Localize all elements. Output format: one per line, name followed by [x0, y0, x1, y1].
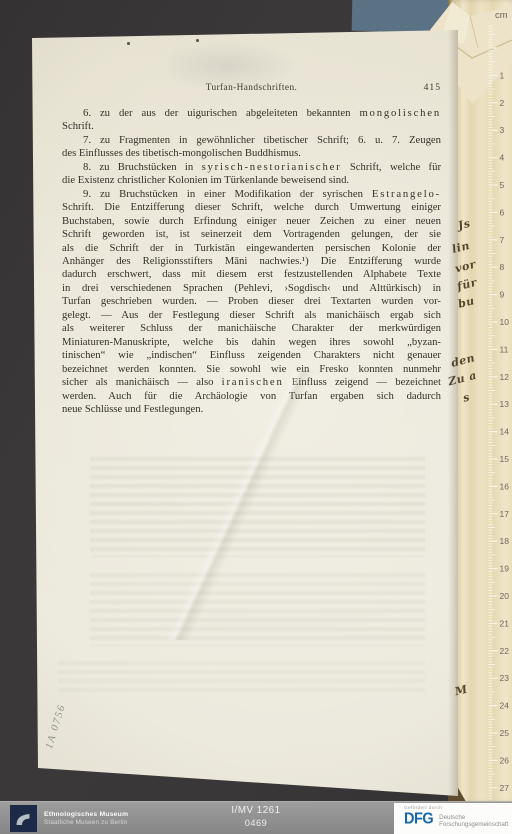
text-line: in drei verschiedenen Sprachen (Pehlevi,…	[62, 282, 441, 295]
ruler-number: 12	[500, 372, 510, 382]
text-line: dadurch erschwert, dass mit diesem erst …	[62, 268, 441, 281]
ruler-number: 8	[500, 262, 505, 272]
cm-ruler: cm12345678910111213141516171819202122232…	[478, 0, 512, 803]
funder-box: Gefördert durch DFG Deutsche Forschungsg…	[394, 803, 512, 834]
text-line: 6. zu der aus der uigurischen abgeleitet…	[62, 107, 441, 120]
ruler-number: 3	[500, 125, 505, 135]
ruler-number: 9	[500, 290, 505, 300]
text-line: die Existenz christlicher Kolonien im Tü…	[62, 174, 441, 187]
shelfmark: I/MV 1261	[100, 805, 412, 816]
ruler-number: 4	[500, 153, 505, 163]
ruler-number: 11	[500, 344, 509, 354]
text-line: des Einflusses des tibetisch-mongolische…	[62, 147, 441, 160]
text-line: gelegt. — Aus der Festlegung dieser Schr…	[62, 309, 441, 322]
ruler-number: 20	[500, 591, 510, 601]
ruler-number: 1	[500, 70, 505, 80]
text-line: Schrift.	[62, 120, 441, 133]
ruler-number: 19	[500, 564, 510, 574]
text-line: als die Schrift der in Turkistān eingewa…	[62, 242, 441, 255]
letterspaced-word: Estrangelo-	[372, 188, 441, 200]
ink-speck	[196, 39, 199, 42]
ruler-number: 13	[500, 399, 510, 409]
text-line: 9. zu Bruchstücken in einer Modifikation…	[62, 188, 441, 201]
ruler-number: 18	[500, 536, 510, 546]
ruler-number: 16	[500, 481, 510, 491]
text-line: Schrift geworden ist, ist seinerzeit dem…	[62, 228, 441, 241]
ruler-number: 25	[500, 728, 510, 738]
ruler-number: 6	[500, 207, 505, 217]
ruler-number: 27	[500, 783, 510, 793]
ruler-number: 2	[500, 98, 505, 108]
funder-name-line2: Forschungsgemeinschaft	[439, 821, 508, 828]
ruler-number: 24	[500, 701, 510, 711]
ruler-number: 7	[500, 235, 505, 245]
text-line: Buchstaben, sowie durch Erfindung einige…	[62, 215, 441, 228]
text-line: Schrift. Die Entzifferung dieser Schrift…	[62, 201, 441, 214]
text-line: Miniaturen-Manuskripte, welche bis dahin…	[62, 336, 441, 349]
ruler-number: 15	[500, 454, 510, 464]
ruler-number: 17	[500, 509, 510, 519]
ruler-number: 5	[500, 180, 505, 190]
scanner-background: Turfan-Handschriften. 415 6. zu der aus …	[0, 0, 512, 834]
bleedthrough-text	[58, 656, 425, 692]
letterspaced-word: mongolischen	[359, 107, 441, 119]
shelfmark-block: I/MV 1261 0469	[100, 805, 412, 828]
text-line: 8. zu Bruchstücken in syrisch-nestoriani…	[62, 161, 441, 174]
funder-name-line1: Deutsche	[439, 814, 508, 821]
paper-crease	[28, 370, 455, 640]
text-line: tinischen“ wie „indischen“ Einfluss zeig…	[62, 349, 441, 362]
ruler-number: 10	[500, 317, 510, 327]
letterspaced-word: syrisch-nestorianischer	[202, 161, 342, 173]
ruler-number: 14	[500, 427, 510, 437]
scanned-page: Turfan-Handschriften. 415 6. zu der aus …	[28, 30, 458, 796]
ruler-number: 26	[500, 755, 510, 765]
ruler-number: 23	[500, 673, 510, 683]
scan-number: 0469	[100, 818, 412, 828]
ruler-number: 22	[500, 646, 510, 656]
ruler-number: 21	[500, 618, 510, 628]
footer-bar: Ethnologisches Museum Staatliche Museen …	[0, 801, 512, 834]
text-line: Turfan geschrieben wurden. — Proben dies…	[62, 295, 441, 308]
text-line: 7. zu Fragmenten in gewöhnlicher tibetis…	[62, 134, 441, 147]
page-number: 415	[62, 82, 441, 93]
page-edge-shadow	[448, 30, 458, 796]
museum-logo-icon	[10, 805, 37, 832]
dfg-logo: DFG	[404, 811, 433, 826]
ruler-unit-label: cm	[495, 10, 508, 21]
ink-speck	[127, 42, 130, 45]
text-line: als weiterer Schluss der manichäische Ch…	[62, 322, 441, 335]
text-line: Anhänger des Religionsstifters Māni nach…	[62, 255, 441, 268]
